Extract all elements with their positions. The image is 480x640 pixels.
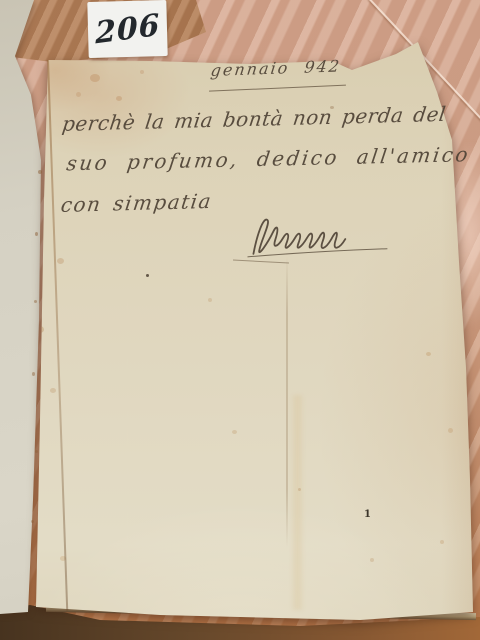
date-underline [209, 85, 346, 92]
inscription-line-2: suo profumo, dedico all'amico [65, 142, 472, 175]
inscription-date: gennaio 942 [210, 56, 342, 80]
inscription-line-1: perchè la mia bontà non perda del [61, 102, 448, 136]
handwritten-inscription: gennaio 942 perchè la mia bontà non perd… [0, 0, 480, 640]
signature-scrawl [247, 209, 392, 260]
inscription-line-3: con simpatia [59, 189, 213, 217]
photo-of-book: 206 gennaio 942 perchè la mia bontà non … [0, 0, 480, 640]
page-number: 1 [364, 509, 371, 520]
